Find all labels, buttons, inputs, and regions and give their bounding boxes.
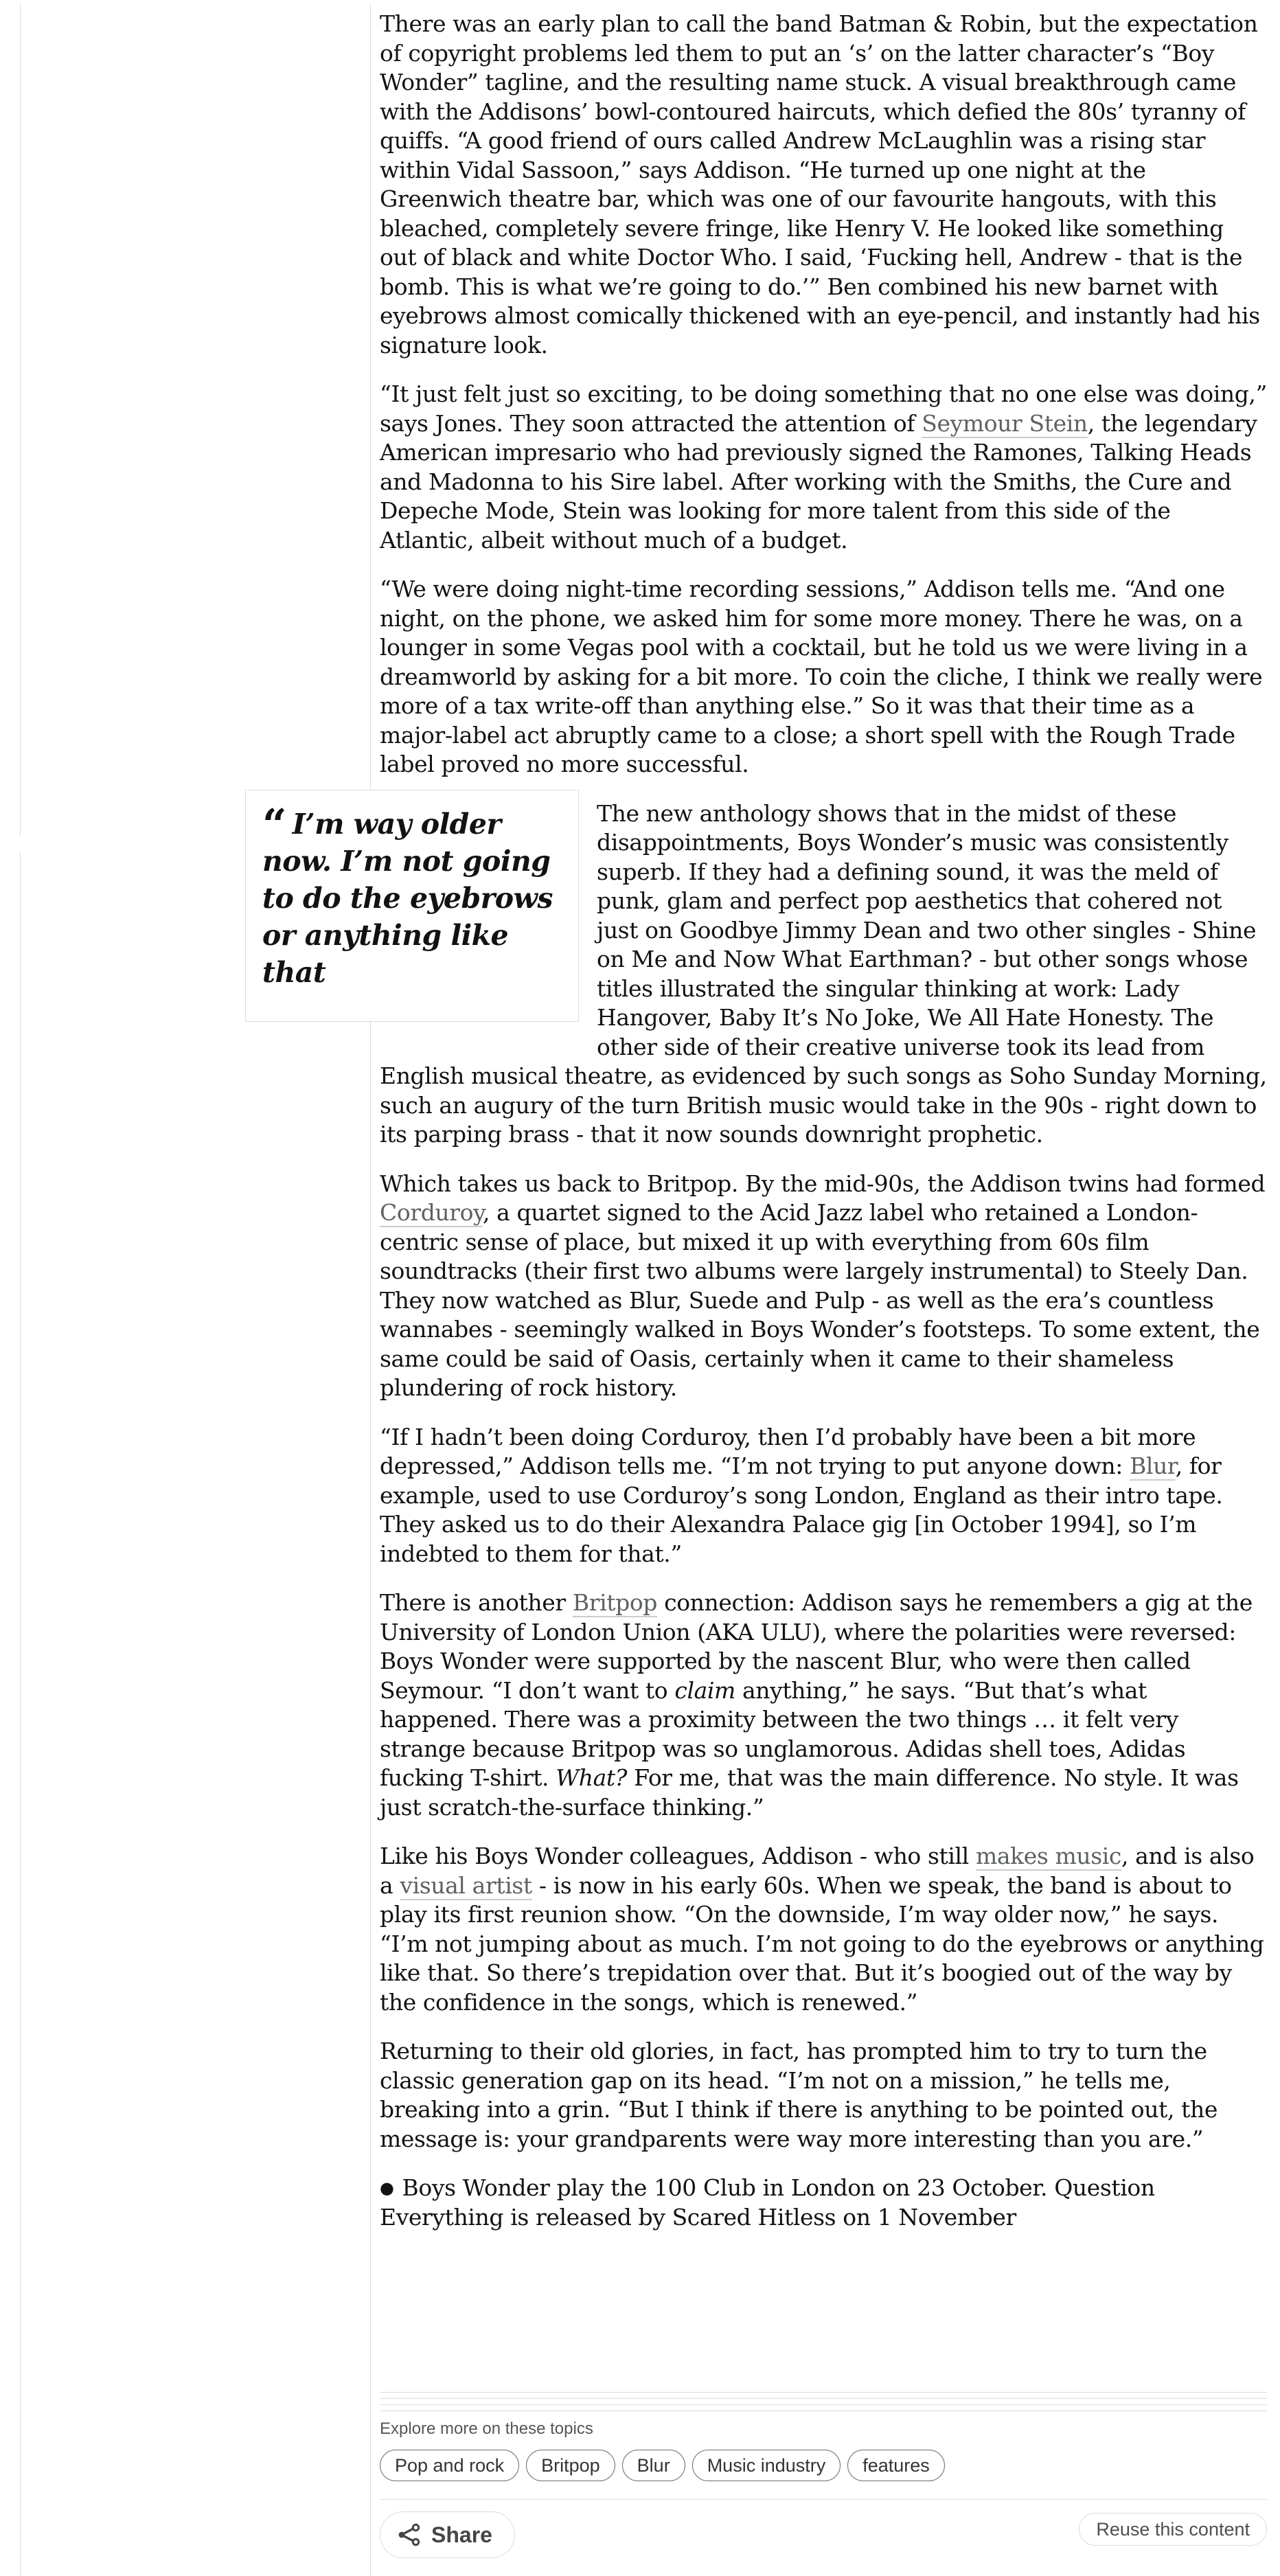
topic-pill[interactable]: Music industry <box>692 2450 841 2481</box>
inline-link[interactable]: Britpop <box>573 1589 657 1616</box>
emphasis-text: claim <box>674 1677 735 1704</box>
pull-quote: “I’m way older now. I’m not going to do … <box>245 790 579 1022</box>
explore-topics-label: Explore more on these topics <box>380 2419 1267 2439</box>
body-column-rule-top <box>370 3 371 836</box>
article-paragraph: Returning to their old glories, in fact,… <box>380 2037 1267 2154</box>
text-segment: “We were doing night-time recording sess… <box>380 575 1262 777</box>
bullet-icon: ● <box>380 2178 394 2198</box>
article-paragraph: Which takes us back to Britpop. By the m… <box>380 1170 1267 1403</box>
article-paragraph: Like his Boys Wonder colleagues, Addison… <box>380 1842 1267 2017</box>
article-paragraph: There was an early plan to call the band… <box>380 10 1267 360</box>
text-segment: Like his Boys Wonder colleagues, Addison… <box>380 1843 976 1869</box>
emphasis-text: What? <box>556 1764 627 1791</box>
article-page: There was an early plan to call the band… <box>0 0 1280 2576</box>
quad-line-divider <box>380 2392 1267 2411</box>
inline-link[interactable]: Blur <box>1130 1452 1176 1479</box>
text-segment: Returning to their old glories, in fact,… <box>380 2038 1218 2152</box>
text-segment: Boys Wonder play the 100 Club in London … <box>380 2174 1155 2231</box>
topic-pill[interactable]: features <box>847 2450 945 2481</box>
text-segment: , a quartet signed to the Acid Jazz labe… <box>380 1199 1259 1401</box>
share-button-label: Share <box>431 2522 492 2548</box>
topic-pill[interactable]: Blur <box>622 2450 685 2481</box>
article-paragraph: There is another Britpop connection: Add… <box>380 1588 1267 1822</box>
endnote-paragraph: ●Boys Wonder play the 100 Club in London… <box>380 2174 1267 2232</box>
inline-link[interactable]: makes music <box>976 1843 1121 1869</box>
text-segment: There was an early plan to call the band… <box>380 10 1260 358</box>
article-body: There was an early plan to call the band… <box>380 10 1267 2232</box>
reuse-content-button[interactable]: Reuse this content <box>1079 2513 1267 2546</box>
article-paragraph: “I’m way older now. I’m not going to do … <box>380 799 1267 1150</box>
text-segment: There is another <box>380 1589 573 1616</box>
quote-marks-icon: “ <box>262 799 286 850</box>
share-row: Share Reuse this content <box>380 2511 1267 2558</box>
article-footer: Explore more on these topics Pop and roc… <box>380 2392 1267 2558</box>
share-icon <box>397 2522 422 2547</box>
footer-divider <box>380 2499 1267 2500</box>
reuse-button-label: Reuse this content <box>1096 2519 1250 2540</box>
inline-link[interactable]: Corduroy <box>380 1199 483 1226</box>
left-margin-rule-bottom <box>20 852 21 2576</box>
inline-link[interactable]: visual artist <box>400 1872 532 1899</box>
text-segment: “If I hadn’t been doing Corduroy, then I… <box>380 1424 1196 1480</box>
article-paragraph: “We were doing night-time recording sess… <box>380 575 1267 779</box>
pull-quote-text: I’m way older now. I’m not going to do t… <box>262 808 553 989</box>
article-paragraph: “It just felt just so exciting, to be do… <box>380 380 1267 555</box>
topic-pill[interactable]: Pop and rock <box>380 2450 519 2481</box>
share-button[interactable]: Share <box>380 2511 515 2558</box>
topics-row: Pop and rockBritpopBlurMusic industryfea… <box>380 2450 1267 2481</box>
topic-pill[interactable]: Britpop <box>526 2450 615 2481</box>
text-segment: Which takes us back to Britpop. By the m… <box>380 1170 1265 1197</box>
body-column-rule-bottom <box>370 852 371 2576</box>
left-margin-rule-top <box>20 3 21 836</box>
inline-link[interactable]: Seymour Stein <box>922 410 1087 437</box>
article-paragraph: “If I hadn’t been doing Corduroy, then I… <box>380 1423 1267 1569</box>
